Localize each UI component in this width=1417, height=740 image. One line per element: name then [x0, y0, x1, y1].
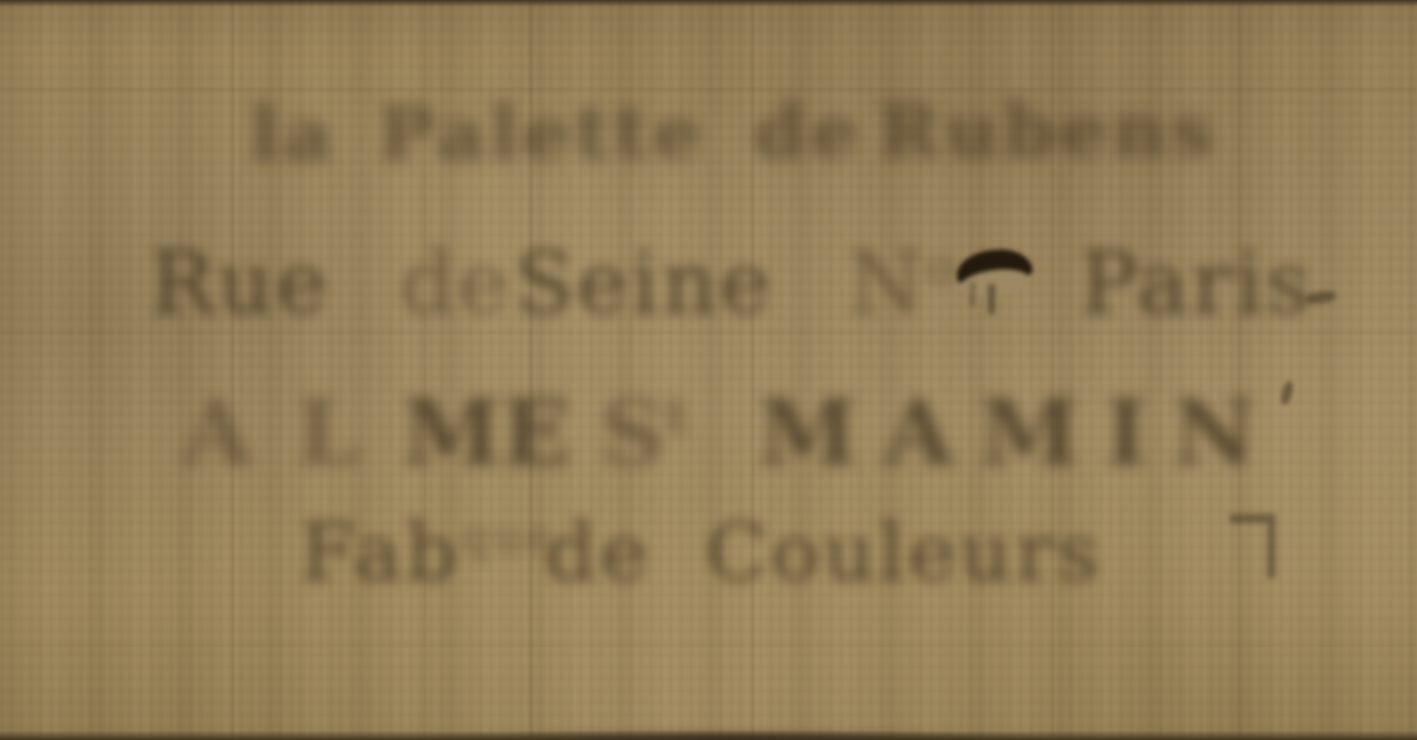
colourman-stamp: la Palette de Rubens Rue de Seine No Par… [0, 0, 1417, 740]
paint-chip-mark [952, 248, 1038, 314]
stamp-word: Fabque [300, 506, 556, 599]
stamp-word: St [600, 380, 688, 486]
stamp-word: de [400, 234, 512, 334]
stamp-word: de [754, 89, 863, 176]
stamp-word: MAMIN [758, 380, 1281, 486]
stamp-word: Palette [378, 90, 706, 178]
photo-bottom-edge-smear [310, 724, 1150, 740]
stamp-line-shop-name: la Palette de Rubens [0, 86, 1417, 93]
stamp-word: Rubens [878, 87, 1218, 175]
stamp-word: A [182, 380, 252, 486]
corner-bracket-mark [1230, 514, 1276, 578]
stamp-word: Couleurs [706, 506, 1103, 599]
stamp-word: la [250, 92, 337, 178]
canvas-back-photo: la Palette de Rubens Rue de Seine No Par… [0, 0, 1417, 740]
stamp-word: Seine [515, 234, 774, 334]
paint-chip-tail [988, 284, 995, 314]
photo-top-edge [0, 0, 1417, 7]
stamp-word: Paris [1080, 234, 1313, 334]
stamp-word: L [296, 380, 359, 486]
stamp-word: Rue [150, 234, 330, 334]
stamp-word: No [848, 234, 958, 334]
paint-chip-tail [970, 282, 975, 306]
stamp-word: ME [402, 380, 570, 486]
stamp-word: de [545, 506, 652, 599]
